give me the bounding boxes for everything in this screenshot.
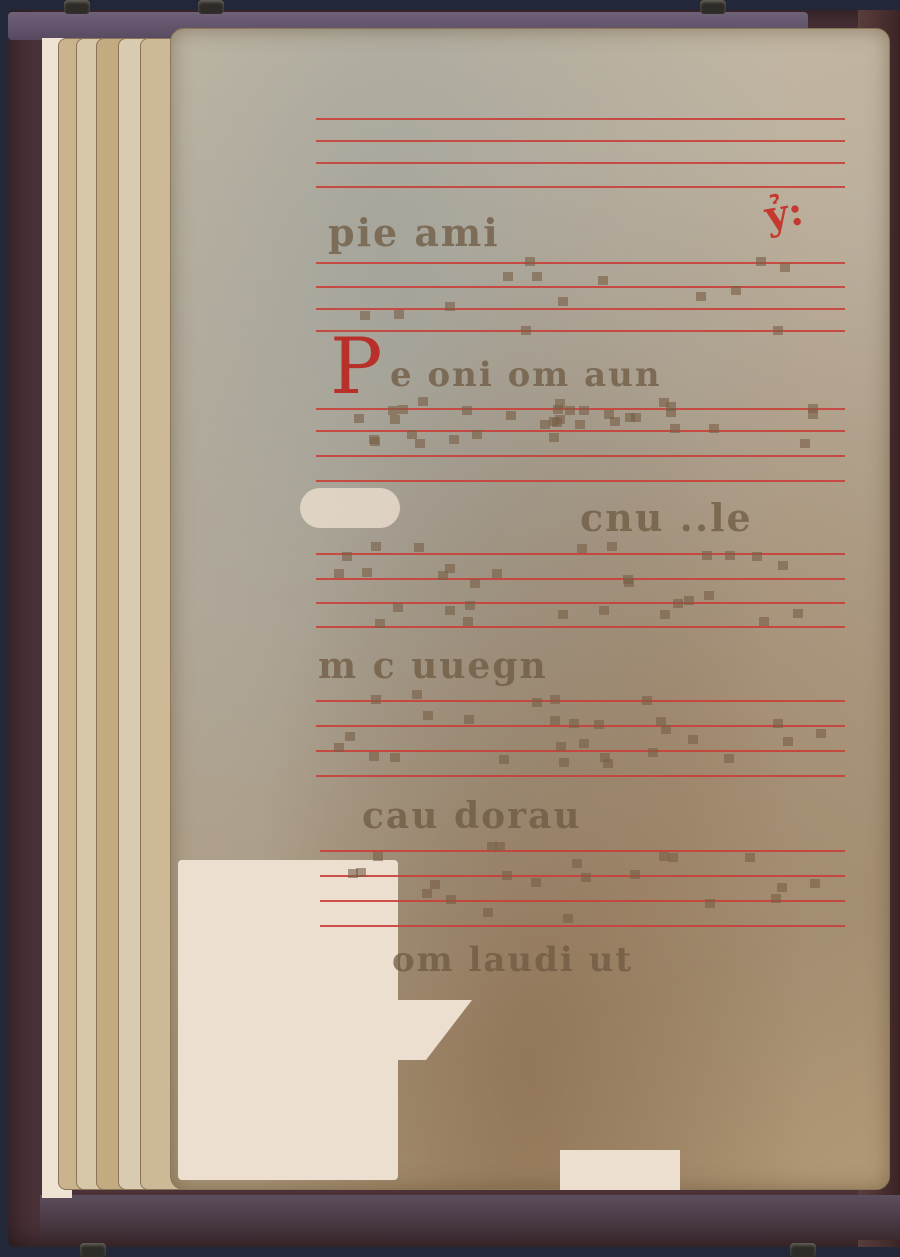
neume: [783, 737, 793, 746]
neume: [603, 759, 613, 768]
neume: [555, 415, 565, 424]
neume: [472, 430, 482, 439]
neume: [334, 569, 344, 578]
neume: [563, 914, 573, 923]
neume: [569, 719, 579, 728]
neume: [483, 908, 493, 917]
neume: [370, 437, 380, 446]
neume: [558, 297, 568, 306]
cover-bottom-edge: [40, 1195, 900, 1240]
neume: [371, 542, 381, 551]
repair-patch: [178, 860, 398, 1180]
staff-line: [316, 455, 845, 457]
staff-line: [316, 700, 845, 702]
neume: [581, 873, 591, 882]
neume: [724, 754, 734, 763]
neume: [465, 601, 475, 610]
staff-line: [316, 118, 845, 120]
neume: [418, 397, 428, 406]
neume: [371, 695, 381, 704]
neume: [656, 717, 666, 726]
neume: [412, 690, 422, 699]
staff-line: [316, 286, 845, 288]
neume: [599, 606, 609, 615]
neume: [438, 571, 448, 580]
staff-line: [316, 480, 845, 482]
neume: [525, 257, 535, 266]
neume: [342, 552, 352, 561]
neume: [388, 406, 398, 415]
staff-line: [316, 186, 845, 188]
neume: [445, 564, 455, 573]
red-initial: P: [330, 328, 382, 406]
repair-patch: [560, 1150, 680, 1190]
neume: [445, 606, 455, 615]
neume: [808, 410, 818, 419]
neume: [759, 617, 769, 626]
clasp-icon: [700, 0, 726, 14]
text-line: m c uuegn: [318, 645, 548, 687]
neume: [731, 286, 741, 295]
neume: [398, 405, 408, 414]
neume: [394, 310, 404, 319]
neume: [630, 870, 640, 879]
neume: [422, 889, 432, 898]
neume: [673, 599, 683, 608]
neume: [810, 879, 820, 888]
neume: [559, 758, 569, 767]
neume: [556, 742, 566, 751]
neume: [704, 591, 714, 600]
neume: [532, 698, 542, 707]
neume: [668, 853, 678, 862]
staff-line: [316, 775, 845, 777]
neume: [430, 880, 440, 889]
staff-line: [316, 330, 845, 332]
neume: [725, 551, 735, 560]
neume: [373, 852, 383, 861]
neume: [532, 272, 542, 281]
neume: [756, 257, 766, 266]
neume: [423, 711, 433, 720]
neume: [631, 413, 641, 422]
neume: [462, 406, 472, 415]
staff-line: [320, 850, 845, 852]
neume: [506, 411, 516, 420]
text-line: om laudi ut: [392, 940, 633, 980]
text-line: pie ami: [328, 210, 500, 255]
neume: [464, 715, 474, 724]
staff-line: [316, 553, 845, 555]
staff-line: [316, 725, 845, 727]
neume: [393, 603, 403, 612]
neume: [334, 743, 344, 752]
neume: [793, 609, 803, 618]
neume: [555, 399, 565, 408]
staff-line: [316, 162, 845, 164]
neume: [565, 406, 575, 415]
staff-line: [320, 925, 845, 927]
rubric-mark: ỷ:: [761, 187, 807, 240]
neume: [575, 420, 585, 429]
neume: [463, 617, 473, 626]
neume: [375, 619, 385, 628]
staff-line: [316, 578, 845, 580]
neume: [598, 276, 608, 285]
neume: [550, 695, 560, 704]
neume: [705, 899, 715, 908]
neume: [642, 696, 652, 705]
neume: [594, 720, 604, 729]
neume: [470, 579, 480, 588]
staff-line: [320, 900, 845, 902]
neume: [362, 568, 372, 577]
staff-line: [316, 750, 845, 752]
neume: [660, 610, 670, 619]
neume: [390, 415, 400, 424]
neume: [345, 732, 355, 741]
neume: [624, 578, 634, 587]
neume: [607, 542, 617, 551]
neume: [745, 853, 755, 862]
neume: [684, 596, 694, 605]
neume: [414, 543, 424, 552]
neume: [499, 755, 509, 764]
neume: [604, 410, 614, 419]
neume: [445, 302, 455, 311]
neume: [495, 842, 505, 851]
text-line: cnu ..le: [580, 495, 753, 540]
neume: [773, 326, 783, 335]
neume: [778, 561, 788, 570]
neume: [800, 439, 810, 448]
repair-patch: [300, 488, 400, 528]
neume: [709, 424, 719, 433]
neume: [577, 544, 587, 553]
clasp-icon: [790, 1243, 816, 1257]
neume: [696, 292, 706, 301]
text-line: cau dorau: [362, 795, 582, 837]
neume: [407, 430, 417, 439]
neume: [579, 406, 589, 415]
neume: [502, 871, 512, 880]
neume: [521, 326, 531, 335]
neume: [360, 311, 370, 320]
neume: [752, 552, 762, 561]
neume: [449, 435, 459, 444]
neume: [390, 753, 400, 762]
neume: [816, 729, 826, 738]
neume: [688, 735, 698, 744]
neume: [550, 716, 560, 725]
neume: [777, 883, 787, 892]
neume: [702, 551, 712, 560]
neume: [579, 739, 589, 748]
neume: [531, 878, 541, 887]
staff-line: [316, 430, 845, 432]
neume: [354, 414, 364, 423]
neume: [446, 895, 456, 904]
staff-line: [316, 140, 845, 142]
clasp-icon: [80, 1243, 106, 1257]
staff-line: [316, 262, 845, 264]
neume: [780, 263, 790, 272]
neume: [771, 894, 781, 903]
neume: [549, 433, 559, 442]
neume: [572, 859, 582, 868]
neume: [773, 719, 783, 728]
neume: [348, 869, 358, 878]
neume: [648, 748, 658, 757]
neume: [415, 439, 425, 448]
neume: [670, 424, 680, 433]
clasp-icon: [198, 0, 224, 14]
clasp-icon: [64, 0, 90, 14]
text-line: e oni om aun: [390, 355, 662, 395]
neume: [558, 610, 568, 619]
neume: [503, 272, 513, 281]
neume: [492, 569, 502, 578]
neume: [540, 420, 550, 429]
neume: [369, 752, 379, 761]
neume: [666, 408, 676, 417]
